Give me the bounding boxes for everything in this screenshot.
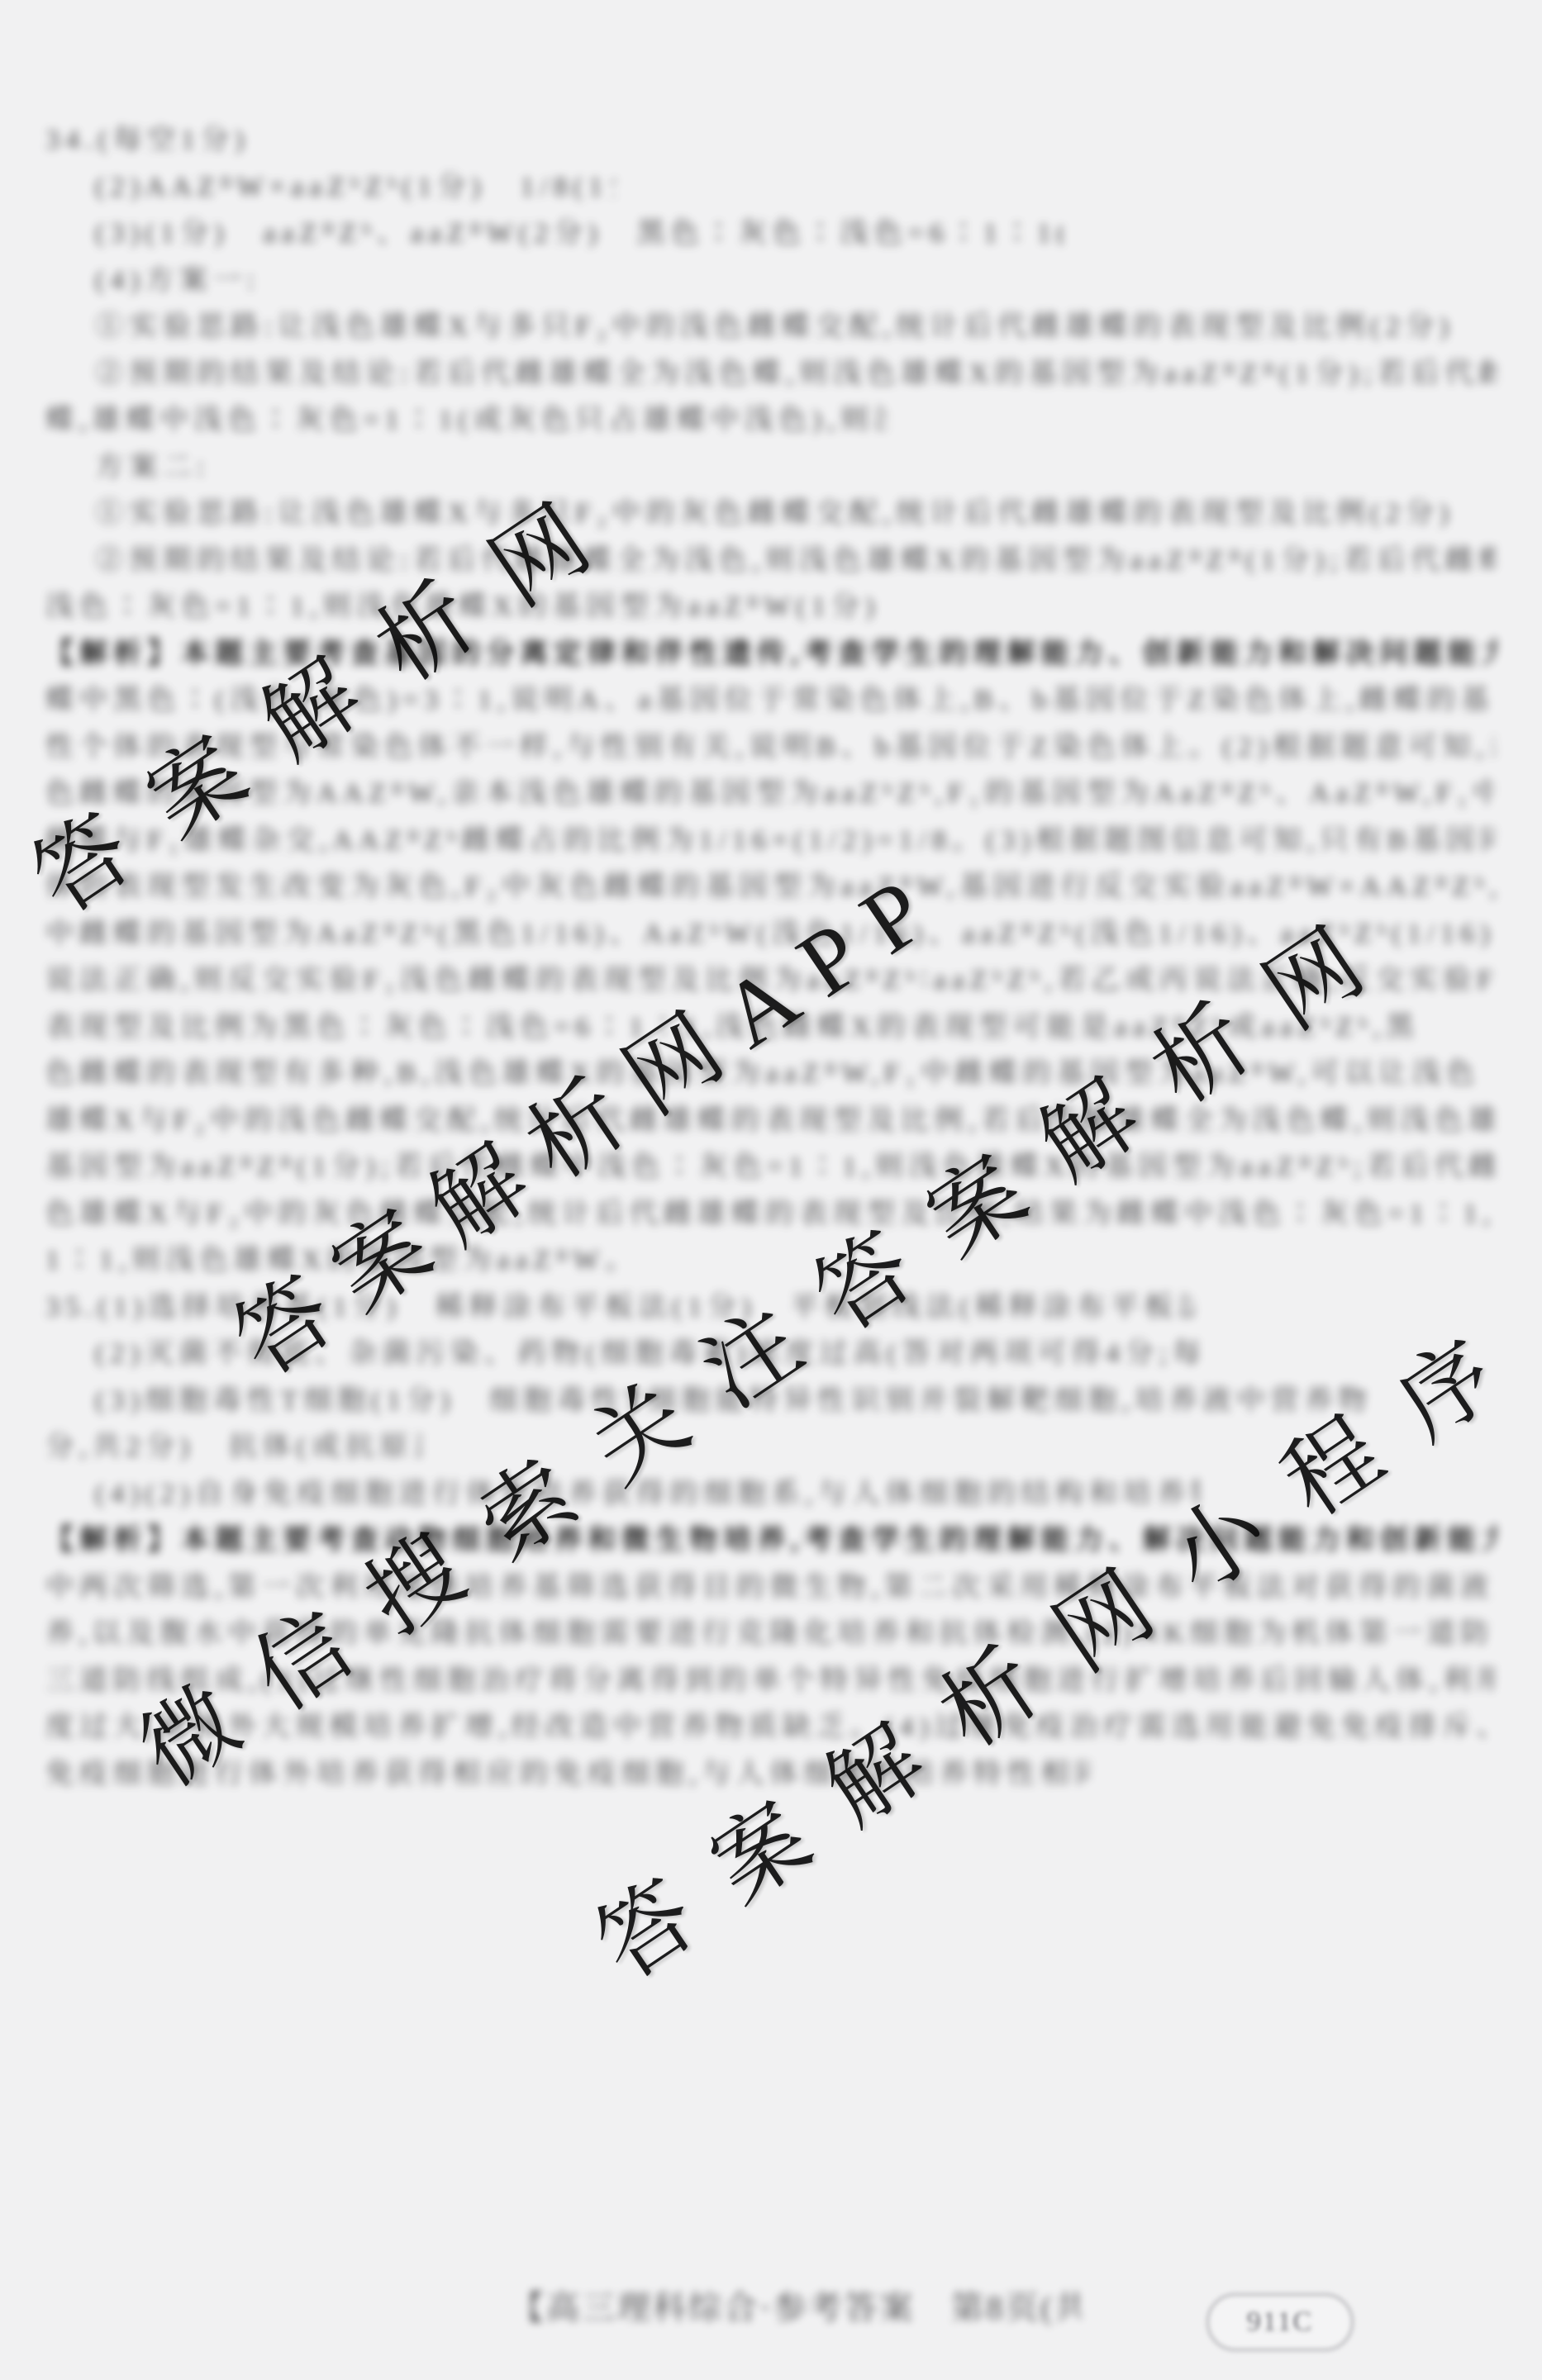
body-line: (2)灭菌不彻底、杂菌污染、药物(细胞毒素)浓度过高(答对两项可得4分;每答出3… (95, 1336, 1198, 1374)
body-line: ①实验思路:让浅色雄蝶X与多只F₂中的浅色雌蝶交配,统计后代雌雄蝶的表现型及比例… (95, 309, 1450, 347)
body-line: 表现型及比例为黑色∶灰色∶浅色=6∶1∶1,浅色雌蝶X的表现型可能是aaZᴮZᵇ… (45, 1009, 1496, 1047)
body-line: 分,共2分) 抗体(或抗原蛋白)(2分) (45, 1429, 421, 1467)
body-line: 蝶,雄蝶中浅色∶灰色=1∶1(或灰色只占雄蝶中浅色),则浅色雄蝶X的基因型为aa… (45, 402, 888, 440)
body-line: 雌蝶与F₁雄蝶杂交,AAZᴮZᵇ雌蝶占的比例为1/16×(1/2)=1/8。(3… (45, 823, 1496, 861)
body-line: 中雌蝶的基因型为AaZᴮZᵇ(黑色1/16)、AaZᵇW(浅色1/16)、aaZ… (45, 916, 1496, 954)
body-line: 35.(1)选择培养基(1分) 稀释涂布平板法(1分) 平板划线法(稀释涂布平板… (45, 1290, 1194, 1328)
body-line: 浅色∶灰色=1∶1,则浅色雄蝶X的基因型为aaZᴮW(1分) (45, 589, 888, 627)
body-line: 1∶1,则浅色雄蝶X的基因型为aaZᴮW。 (45, 1242, 632, 1280)
footer-page-label: 【高三理科综合·参考答案 第8页(共8页)】 (511, 2287, 1081, 2333)
body-line: 雄蝶X与F₂中的浅色雌蝶交配,统计后代雌雄蝶的表现型及比例,若后代雌雄蝶全为浅色… (45, 1103, 1496, 1141)
body-line: (3)(1分) aaZᴮZᵇ、aaZᴮW(2分) 黑色∶灰色∶浅色=6∶1∶1(… (95, 216, 1062, 254)
body-line: 基因型为aaZᴮZᴮ(1分);若后代雌蝶中浅色∶灰色=1∶1,则浅色雄蝶X的基因… (45, 1149, 1496, 1187)
body-line: ②预期的结果及结论:若后代雌雄蝶全为浅色蝶,则浅色雄蝶X的基因型为aaZᴮZᴮ(… (95, 356, 1496, 394)
body-line: (4)(2)自身免疫细胞进行体外培养获得的细胞系,与人体细胞的结构和培养特性类似… (95, 1476, 1198, 1514)
body-line: 色雌蝶的表现型有多种,B,浅色雄蝶X的基因型为aaZᴮW,F₁中雌蝶的基因型为a… (45, 1056, 1496, 1094)
body-line: 【解析】本题主要考查基因的分离定律和伴性遗传,考查学生的理解能力、创新能力和解决… (45, 636, 1496, 674)
footer-code-stamp: 911C (1206, 2293, 1354, 2351)
body-line: 免疫细胞进行体外培养获得相应的免疫细胞,与人体细胞的培养特性相同。 (45, 1756, 1091, 1794)
body-line: (3)细胞毒性T细胞(1分) 细胞毒性T细胞能特异性识别并裂解靶细胞,培养液中营… (95, 1383, 1372, 1421)
body-line: (4)方案一: (95, 263, 273, 301)
body-line: 中两次筛选,第一次利用选择培养基筛选获得目的微生物,第二次采用稀释涂布平板法对获… (45, 1570, 1496, 1608)
body-line: 34.(每空1分) (45, 122, 264, 160)
body-line: 说法正确,则反交实验F₁浅色雌蝶的表现型及比例为aaZᴮZᵇ∶aaZᵇZᵇ,若乙… (45, 962, 1496, 1000)
body-line: (2)AAZᴮW×aaZᵇZᵇ(1分) 1/8(1分) (95, 169, 616, 207)
body-line: 【解析】本题主要考查动物细胞培养和微生物培养,考查学生的理解能力、解决问题能力和… (45, 1523, 1496, 1561)
body-line: 色雄蝶X与F₂中的灰色雌蝶交配,统计后代雌雄蝶的表现型及比例,结果为雌蝶中浅色∶… (45, 1196, 1496, 1234)
body-line: 度过大,在体外大规模培养扩增,经改造中营养物质缺乏。(4)过继免疫治疗需选用能避… (45, 1709, 1496, 1747)
body-line: 蝶中黑色∶(浅色+灰色)=3∶1,说明A、a基因位于常染色体上,B、b基因位于Z… (45, 682, 1496, 720)
body-line: 方案二: (95, 449, 236, 487)
body-line: ②预期的结果及结论:若后代雌雄蝶全为浅色,则浅色雄蝶X的基因型为aaZᴮZᴮ(1… (95, 543, 1496, 581)
body-line: 色雌蝶的基因型为AAZᴮW,亲本浅色雄蝶的基因型为aaZᵇZᵇ,F₁的基因型为A… (45, 776, 1496, 814)
document-page: 34.(每空1分)(2)AAZᴮW×aaZᵇZᵇ(1分) 1/8(1分)(3)(… (0, 0, 1542, 2380)
body-line: ①实验思路:让浅色雄蝶X与多只F₂中的灰色雌蝶交配,统计后代雌雄蝶的表现型及比例… (95, 496, 1450, 534)
body-line: 性个体的表现型与常染色体不一样,与性别有关,说明B、b基因位于Z染色体上。(2)… (45, 729, 1496, 767)
footer-code: 911C (1247, 2306, 1313, 2338)
body-line: 养,以及腹水中获得的单克隆抗体细胞需要进行克隆化培养和抗体检测,(2)NK细胞为… (45, 1616, 1496, 1654)
body-line: 体的表现型发生改变为灰色,F₂中灰色雌蝶的基因型为aaZᴮW,基因进行反交实验a… (45, 869, 1496, 907)
body-line: 三道防线组成,(3)过继性细胞治疗将分离得到的单个特异性免疫细胞进行扩增培养后回… (45, 1663, 1496, 1701)
